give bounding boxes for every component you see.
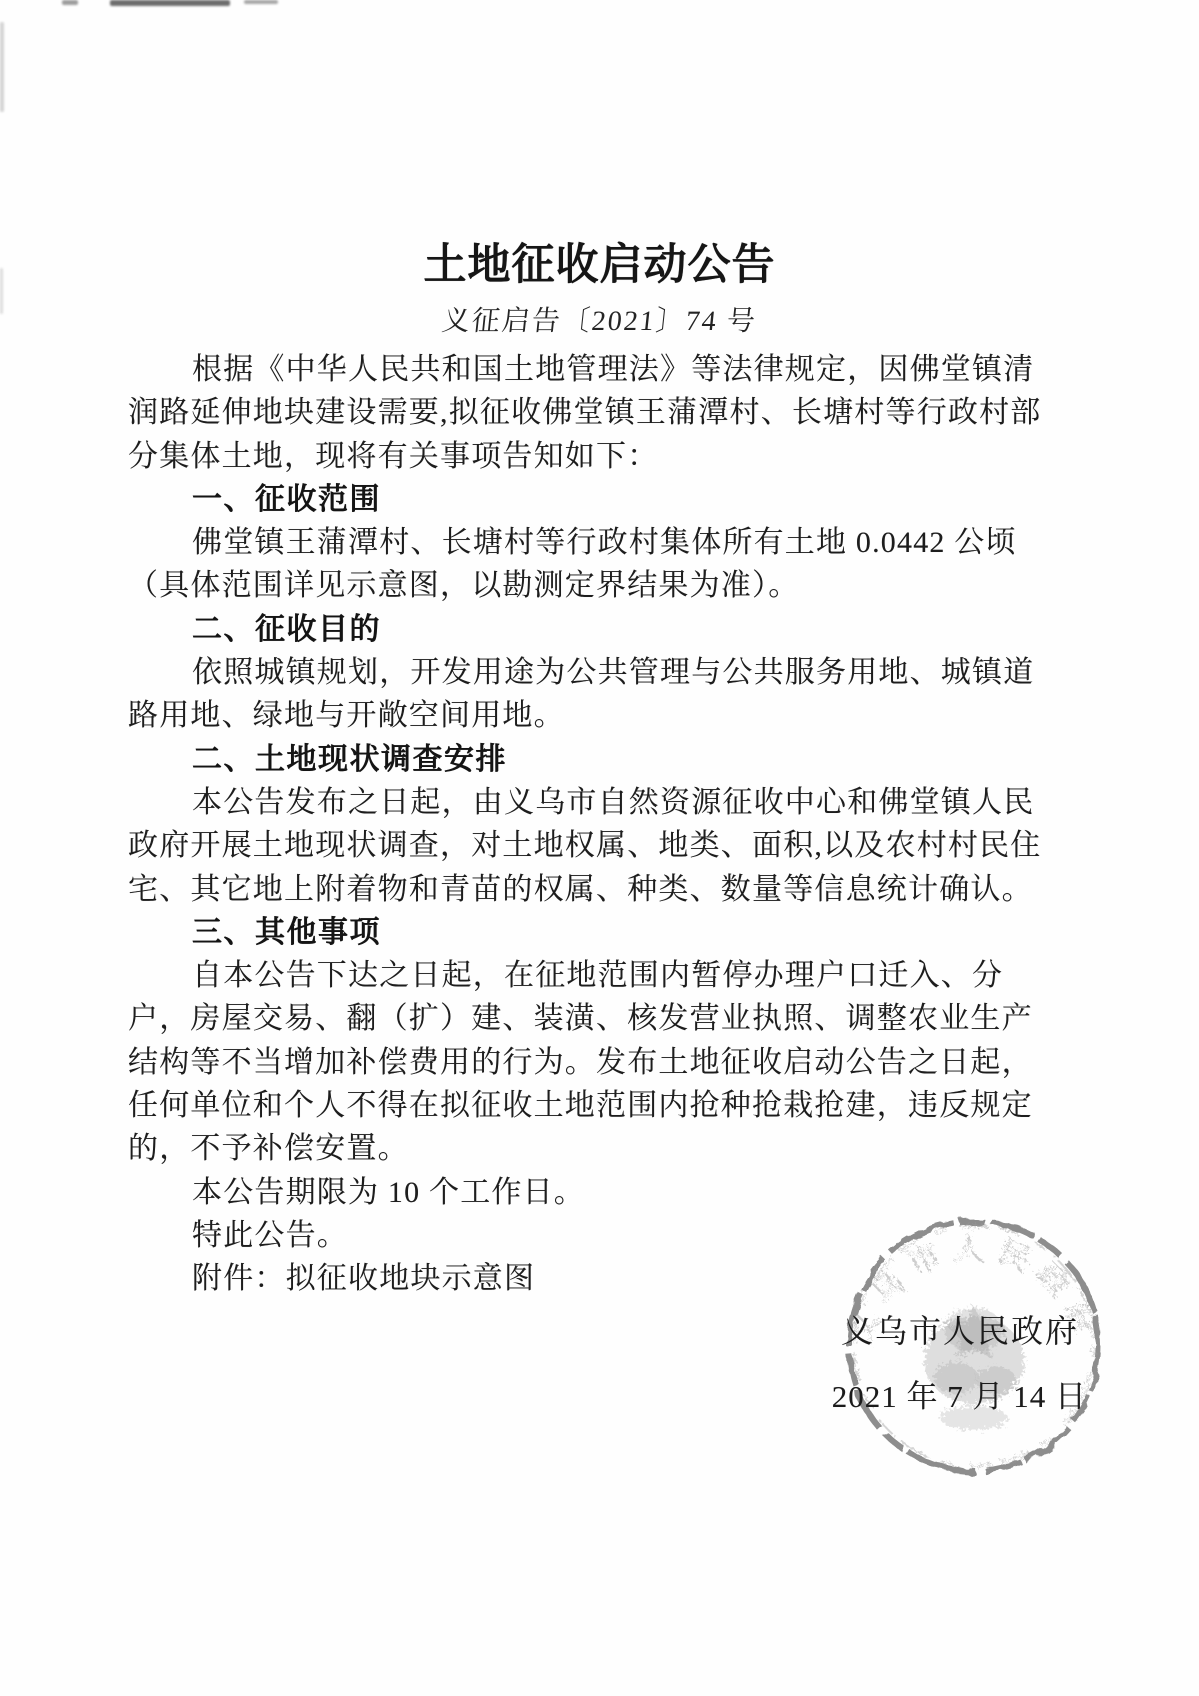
document-body: 根据《中华人民共和国土地管理法》等法律规定，因佛堂镇清 润路延伸地块建设需要,拟…	[128, 348, 1074, 1301]
scan-artifact	[110, 0, 230, 6]
document-line: （具体范围详见示意图，以勘测定界结果为准）。	[128, 564, 1074, 607]
scan-artifact	[244, 0, 278, 4]
section-heading-2: 二、征收目的	[128, 608, 1074, 651]
page-title: 土地征收启动公告	[0, 231, 1199, 292]
scanned-document-page: 土地征收启动公告 义征启告〔2021〕74 号 根据《中华人民共和国土地管理法》…	[0, 0, 1199, 1696]
document-line: 宅、其它地上附着物和青苗的权属、种类、数量等信息统计确认。	[128, 868, 1074, 911]
document-line: 的，不予补偿安置。	[128, 1127, 1074, 1170]
document-line: 结构等不当增加补偿费用的行为。发布土地征收启动公告之日起，	[128, 1041, 1074, 1084]
document-line: 自本公告下达之日起，在征地范围内暂停办理户口迁入、分	[128, 954, 1074, 997]
scan-artifact	[62, 0, 78, 5]
section-heading-1: 一、征收范围	[128, 478, 1074, 521]
signature-issuer: 义乌市人民政府	[841, 1306, 1079, 1352]
document-line: 任何单位和个人不得在拟征收土地范围内抢种抢栽抢建，违反规定	[128, 1084, 1074, 1127]
document-line: 依照城镇规划，开发用途为公共管理与公共服务用地、城镇道	[128, 651, 1074, 694]
document-line: 路用地、绿地与开敞空间用地。	[128, 694, 1074, 737]
document-line: 润路延伸地块建设需要,拟征收佛堂镇王蒲潭村、长塘村等行政村部	[128, 391, 1074, 434]
section-heading-3: 二、土地现状调查安排	[128, 738, 1074, 781]
notice-period-line: 本公告期限为 10 个工作日。	[128, 1171, 1074, 1214]
scan-artifact	[0, 22, 4, 112]
section-heading-4: 三、其他事项	[128, 911, 1074, 954]
document-line: 本公告发布之日起，由义乌市自然资源征收中心和佛堂镇人民	[128, 781, 1074, 824]
document-line: 政府开展土地现状调查，对土地权属、地类、面积,以及农村村民住	[128, 824, 1074, 867]
document-line: 佛堂镇王蒲潭村、长塘村等行政村集体所有土地 0.0442 公顷	[128, 521, 1074, 564]
document-line: 户，房屋交易、翻（扩）建、装潢、核发营业执照、调整农业生产	[128, 997, 1074, 1040]
document-line: 根据《中华人民共和国土地管理法》等法律规定，因佛堂镇清	[128, 348, 1074, 391]
document-number: 义征启告〔2021〕74 号	[0, 299, 1199, 339]
document-line: 分集体土地，现将有关事项告知如下：	[128, 435, 1074, 478]
signature-date: 2021 年 7 月 14 日	[832, 1371, 1087, 1416]
